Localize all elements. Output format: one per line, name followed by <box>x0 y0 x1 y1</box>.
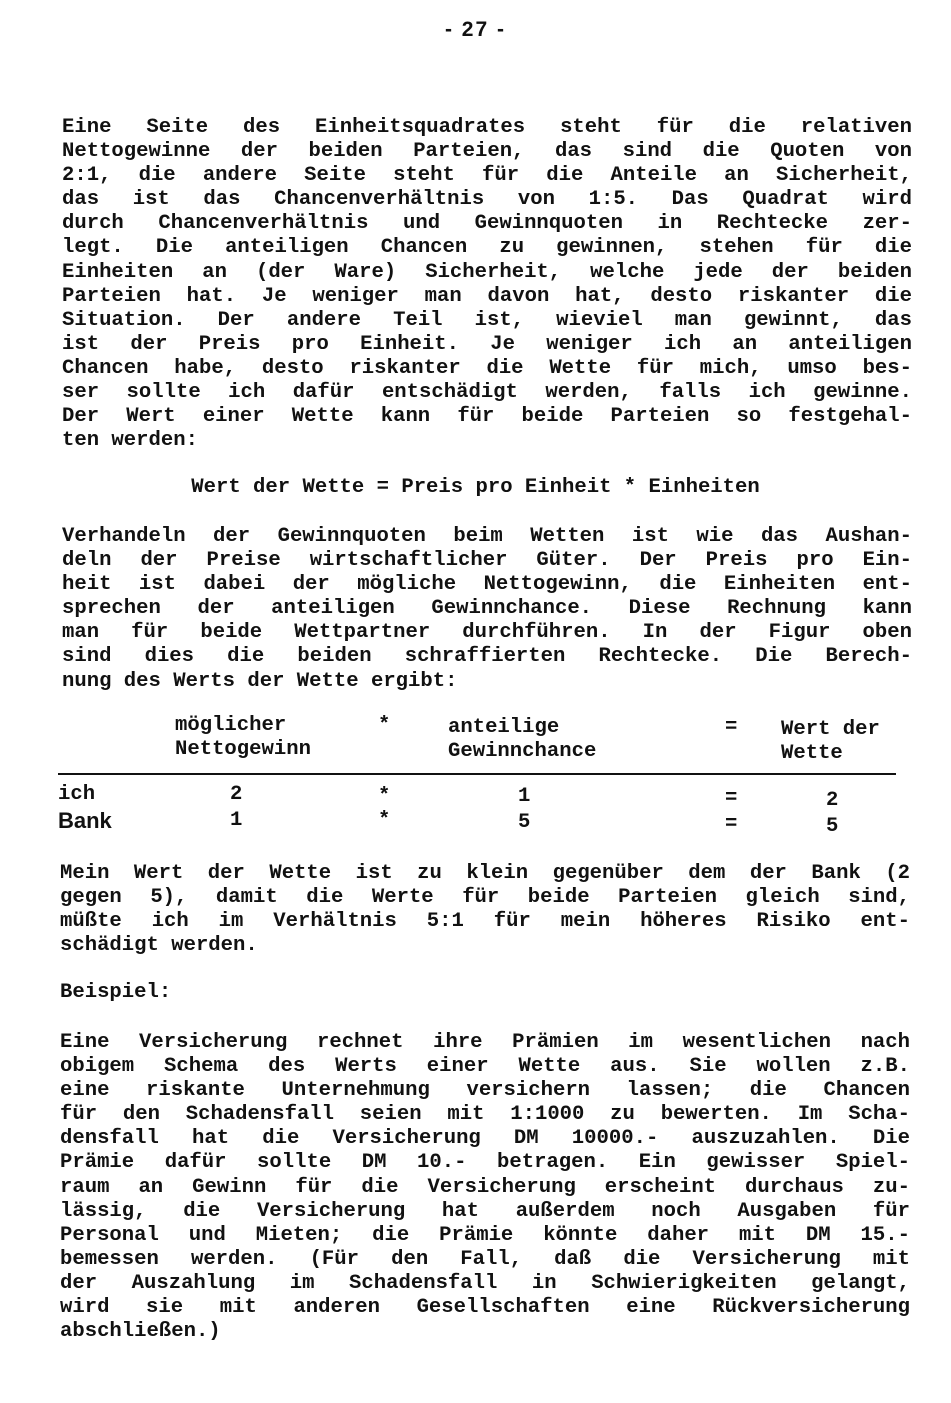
value-cell: 5 <box>826 815 838 838</box>
text-line: sprechen der anteiligen Gewinnchance. Di… <box>62 597 912 621</box>
header-operator-multiply: * <box>378 714 390 738</box>
paragraph-conclusion: Mein Wert der Wette ist zu klein gegenüb… <box>60 862 910 958</box>
text-line: eine riskante Unternehmung versichern la… <box>60 1079 910 1103</box>
gain-cell: 2 <box>230 783 242 806</box>
text-line: schädigt werden. <box>60 934 910 958</box>
header-possible-net-gain: möglicher Nettogewinn <box>175 714 311 762</box>
text-line: Mein Wert der Wette ist zu klein gegenüb… <box>60 862 910 886</box>
text-line: abschließen.) <box>60 1320 910 1344</box>
formula: Wert der Wette = Preis pro Einheit * Ein… <box>0 476 951 499</box>
example-heading: Beispiel: <box>60 981 910 1005</box>
text-line: ist der Preis pro Einheit. Je weniger ic… <box>62 333 912 357</box>
header-operator-equals: = <box>725 716 737 740</box>
text-line: Einheiten an (der Ware) Sicherheit, welc… <box>62 261 912 285</box>
header-win-chance: anteilige Gewinnchance <box>448 716 596 764</box>
text-line: man für beide Wettpartner durchführen. I… <box>62 621 912 645</box>
text-line: Parteien hat. Je weniger man davon hat, … <box>62 285 912 309</box>
text-line: densfall hat die Versicherung DM 10000.-… <box>60 1127 910 1151</box>
text-line: heit ist dabei der mögliche Nettogewinn,… <box>62 573 912 597</box>
table-rule <box>58 773 896 775</box>
text-line: Chancen habe, desto riskanter die Wette … <box>62 357 912 381</box>
text-line: Eine Seite des Einheitsquadrates steht f… <box>62 116 912 140</box>
value-cell: 2 <box>826 789 838 812</box>
text-line: gegen 5), damit die Werte für beide Part… <box>60 886 910 910</box>
multiply-cell: * <box>378 809 390 832</box>
text-line: für den Schadensfall seien mit 1:1000 zu… <box>60 1103 910 1127</box>
text-line: Beispiel: <box>60 981 910 1005</box>
text-line: Situation. Der andere Teil ist, wieviel … <box>62 309 912 333</box>
equals-cell: = <box>725 787 737 810</box>
text-line: deln der Preise wirtschaftlicher Güter. … <box>62 549 912 573</box>
paragraph-negotiation: Verhandeln der Gewinnquoten beim Wetten … <box>62 525 912 694</box>
text-line: das ist das Chancenverhältnis von 1:5. D… <box>62 188 912 212</box>
text-line: raum an Gewinn für die Versicherung ersc… <box>60 1176 910 1200</box>
multiply-cell: * <box>378 785 390 808</box>
text-line: legt. Die anteiligen Chancen zu gewinnen… <box>62 236 912 260</box>
row-label: ich <box>58 783 95 806</box>
text-line: bemessen werden. (Für den Fall, daß die … <box>60 1248 910 1272</box>
paragraph-insurance-example: Eine Versicherung rechnet ihre Prämien i… <box>60 1031 910 1344</box>
text-line: 2:1, die andere Seite steht für die Ante… <box>62 164 912 188</box>
text-line: obigem Schema des Werts einer Wette aus.… <box>60 1055 910 1079</box>
equals-cell: = <box>725 813 737 836</box>
text-line: nung des Werts der Wette ergibt: <box>62 670 912 694</box>
page-number: - 27 - <box>0 18 951 42</box>
chance-cell: 1 <box>518 785 530 808</box>
text-line: der Auszahlung im Schadensfall in Schwie… <box>60 1272 910 1296</box>
text-line: wird sie mit anderen Gesellschaften eine… <box>60 1296 910 1320</box>
text-line: sind dies die beiden schraffierten Recht… <box>62 645 912 669</box>
text-line: Personal und Mieten; die Prämie könnte d… <box>60 1224 910 1248</box>
text-line: Verhandeln der Gewinnquoten beim Wetten … <box>62 525 912 549</box>
paragraph-intro: Eine Seite des Einheitsquadrates steht f… <box>62 116 912 453</box>
text-line: lässig, die Versicherung hat außerdem no… <box>60 1200 910 1224</box>
text-line: Der Wert einer Wette kann für beide Part… <box>62 405 912 429</box>
text-line: müßte ich im Verhältnis 5:1 für mein höh… <box>60 910 910 934</box>
row-label: Bank <box>58 808 112 834</box>
header-bet-value: Wert der Wette <box>781 718 880 766</box>
text-line: ten werden: <box>62 429 912 453</box>
text-line: Prämie dafür sollte DM 10.- betragen. Ei… <box>60 1151 910 1175</box>
text-line: Eine Versicherung rechnet ihre Prämien i… <box>60 1031 910 1055</box>
text-line: Nettogewinne der beiden Parteien, das si… <box>62 140 912 164</box>
text-line: ser sollte ich dafür entschädigt werden,… <box>62 381 912 405</box>
gain-cell: 1 <box>230 809 242 832</box>
chance-cell: 5 <box>518 811 530 834</box>
text-line: durch Chancenverhältnis und Gewinnquoten… <box>62 212 912 236</box>
